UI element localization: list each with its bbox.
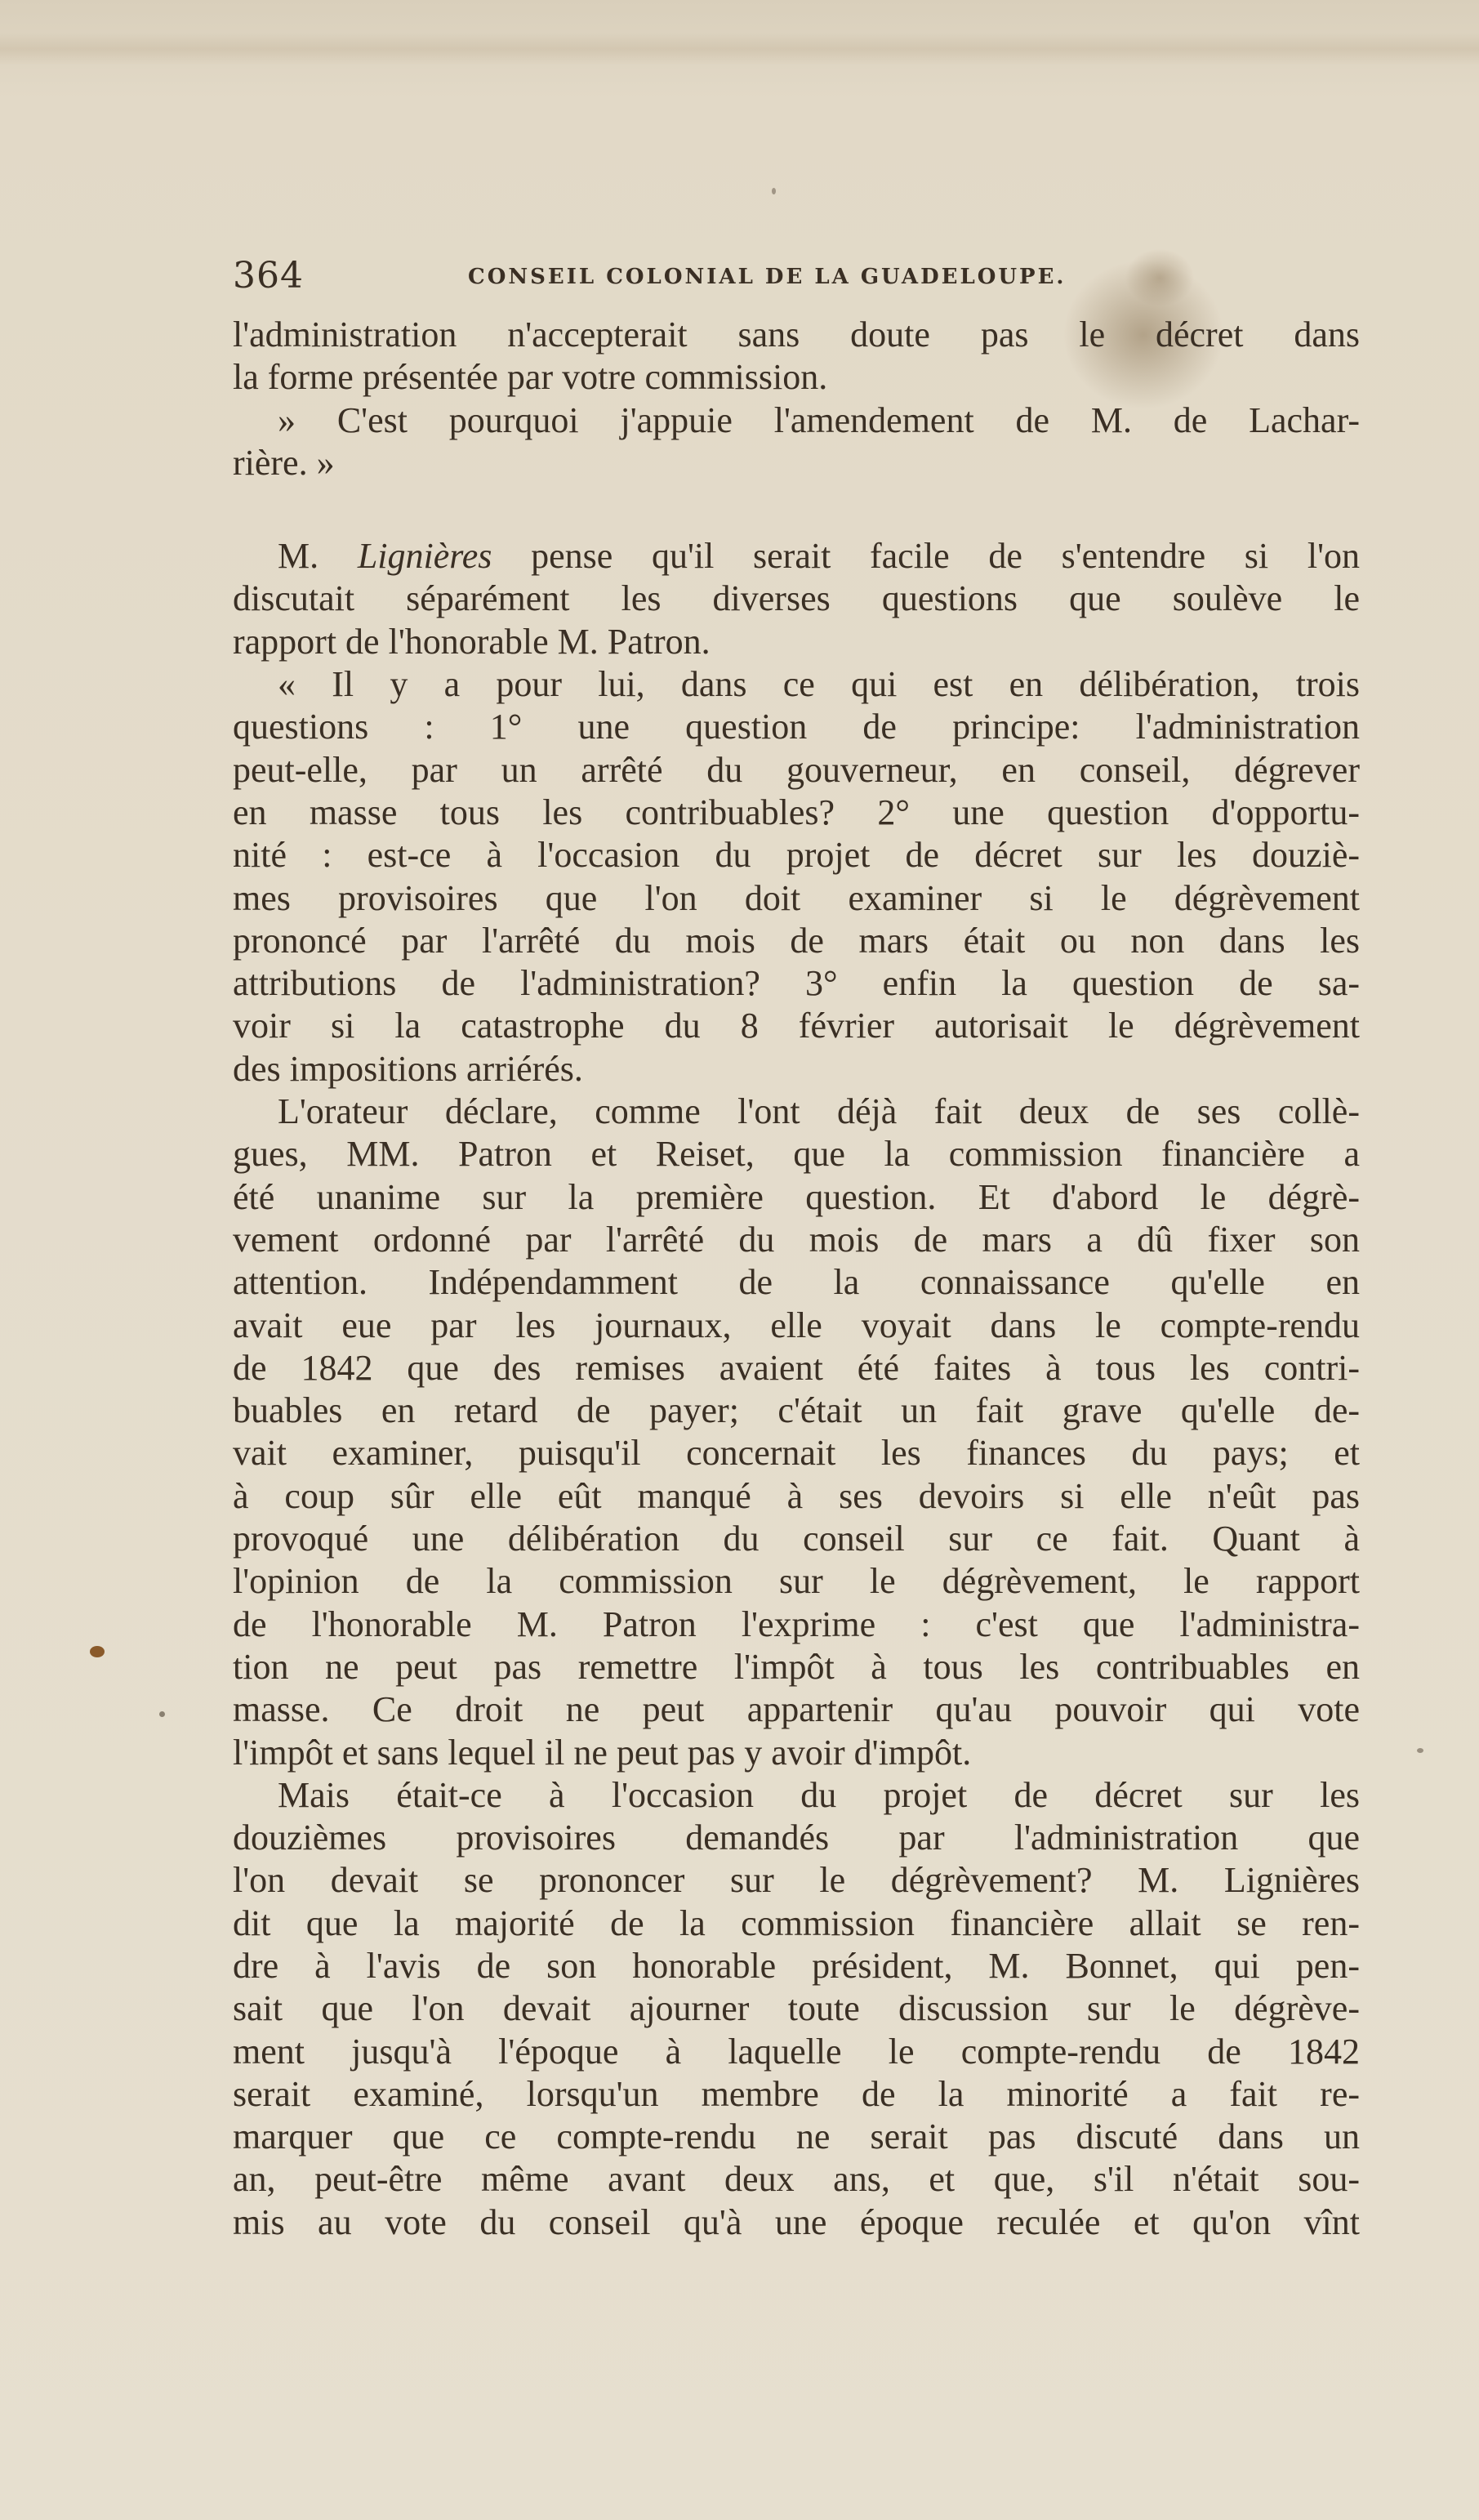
text-line: à coup sûr elle eût manqué à ses devoirs… (233, 1475, 1360, 1518)
text-line: M. Lignières pense qu'il serait facile d… (233, 535, 1360, 578)
text-line: masse. Ce droit ne peut appartenir qu'au… (233, 1688, 1360, 1731)
text-line: marquer que ce compte-rendu ne serait pa… (233, 2116, 1360, 2158)
speaker-prefix: M. (278, 536, 358, 576)
text-line: » C'est pourquoi j'appuie l'amendement d… (233, 399, 1360, 442)
text-line: an, peut-être même avant deux ans, et qu… (233, 2158, 1360, 2201)
text-line: douzièmes provisoires demandés par l'adm… (233, 1817, 1360, 1859)
page-number: 364 (233, 255, 304, 297)
text-line: la forme présentée par votre commission. (233, 356, 1360, 399)
ink-speck (1417, 1748, 1423, 1753)
text-line: serait examiné, lorsqu'un membre de la m… (233, 2073, 1360, 2116)
text-line: questions : 1° une question de principe:… (233, 706, 1360, 748)
text-line: buables en retard de payer; c'était un f… (233, 1389, 1360, 1432)
scanned-page: 364 CONSEIL COLONIAL DE LA GUADELOUPE. l… (0, 0, 1479, 2520)
text-line: de 1842 que des remises avaient été fait… (233, 1347, 1360, 1389)
text-line: l'impôt et sans lequel il ne peut pas y … (233, 1732, 1360, 1774)
running-head: 364 CONSEIL COLONIAL DE LA GUADELOUPE. (233, 255, 1156, 296)
text-line: Mais était-ce à l'occasion du projet de … (233, 1774, 1360, 1817)
text-line: provoqué une délibération du conseil sur… (233, 1518, 1360, 1560)
text-line: voir si la catastrophe du 8 février auto… (233, 1005, 1360, 1047)
ink-speck (772, 188, 776, 194)
paragraph-gap (233, 484, 1360, 535)
text-line: avait eue par les journaux, elle voyait … (233, 1305, 1360, 1347)
text-line: dre à l'avis de son honorable président,… (233, 1945, 1360, 1987)
running-title: CONSEIL COLONIAL DE LA GUADELOUPE. (468, 265, 1066, 289)
text-line: vait examiner, puisqu'il concernait les … (233, 1432, 1360, 1474)
text-line: mis au vote du conseil qu'à une époque r… (233, 2201, 1360, 2244)
text-line: ment jusqu'à l'époque à laquelle le comp… (233, 2031, 1360, 2073)
text-line: l'administration n'accepterait sans dout… (233, 314, 1360, 356)
text-line: tion ne peut pas remettre l'impôt à tous… (233, 1646, 1360, 1688)
text-line: rière. » (233, 442, 1360, 484)
text-line: mes provisoires que l'on doit examiner s… (233, 877, 1360, 920)
line-rest: pense qu'il serait facile de s'entendre … (492, 536, 1360, 576)
text-line: sait que l'on devait ajourner toute disc… (233, 1987, 1360, 2030)
text-line: vement ordonné par l'arrêté du mois de m… (233, 1219, 1360, 1261)
text-line: gues, MM. Patron et Reiset, que la commi… (233, 1133, 1360, 1175)
text-line: de l'honorable M. Patron l'exprime : c'e… (233, 1603, 1360, 1646)
text-line: rapport de l'honorable M. Patron. (233, 621, 1360, 663)
text-line: nité : est-ce à l'occasion du projet de … (233, 834, 1360, 876)
text-line: dit que la majorité de la commission fin… (233, 1902, 1360, 1945)
text-line: peut-elle, par un arrêté du gouverneur, … (233, 749, 1360, 792)
paper-fold-shadow (0, 33, 1479, 65)
ink-speck (159, 1711, 165, 1717)
text-line: prononcé par l'arrêté du mois de mars ét… (233, 920, 1360, 962)
body-text: l'administration n'accepterait sans dout… (233, 314, 1360, 2244)
text-line: en masse tous les contribuables? 2° une … (233, 792, 1360, 834)
text-line: été unanime sur la première question. Et… (233, 1176, 1360, 1219)
text-line: L'orateur déclare, comme l'ont déjà fait… (233, 1091, 1360, 1133)
ink-speck (90, 1646, 105, 1657)
text-line: l'on devait se prononcer sur le dégrèvem… (233, 1859, 1360, 1902)
text-line: attention. Indépendamment de la connaiss… (233, 1261, 1360, 1304)
text-line: des impositions arriérés. (233, 1048, 1360, 1091)
speaker-name: Lignières (358, 536, 492, 576)
text-line: l'opinion de la commission sur le dégrèv… (233, 1560, 1360, 1603)
text-line: attributions de l'administration? 3° enf… (233, 962, 1360, 1005)
text-line: « Il y a pour lui, dans ce qui est en dé… (233, 663, 1360, 706)
text-line: discutait séparément les diverses questi… (233, 578, 1360, 620)
